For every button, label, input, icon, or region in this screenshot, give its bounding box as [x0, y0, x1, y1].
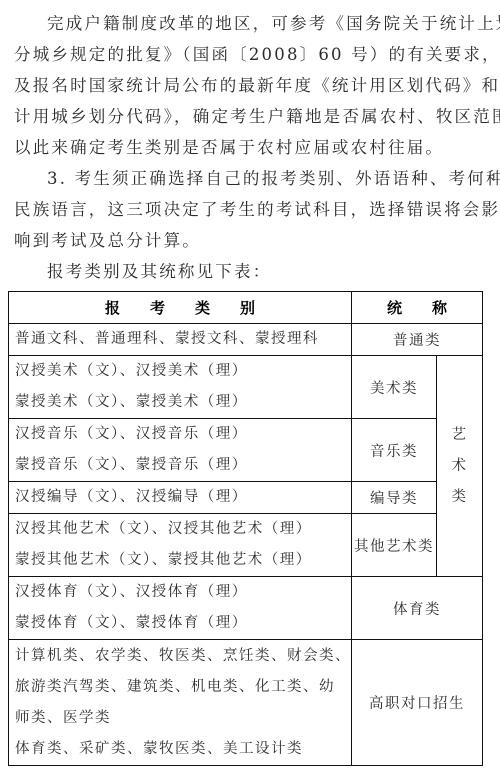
- category-cell: 汉授音乐（文）、汉授音乐（理） 蒙授音乐（文）、蒙授音乐（理）: [9, 419, 352, 482]
- paragraph-item-3: 3. 考生须正确选择自己的报考类别、外语语种、考何种 民族语言，这三项决定了考生…: [14, 163, 484, 256]
- text-line: 完成户籍制度改革的地区，可参考《国务院关于统计上划: [14, 8, 484, 39]
- category-cell: 计算机类、农学类、牧医类、烹饪类、财会类、 旅游类汽驾类、建筑类、机电类、化工类…: [9, 640, 352, 766]
- category-cell: 汉授其他艺术（文）、汉授其他艺术（理） 蒙授其他艺术（文）、蒙授其他艺术（理）: [9, 514, 352, 577]
- text-line: 民族语言，这三项决定了考生的考试科目，选择错误将会影: [14, 194, 484, 225]
- text-line: 及报名时国家统计局公布的最新年度《统计用区划代码》和《统: [14, 70, 484, 101]
- name-cell: 美术类: [352, 356, 437, 419]
- table-row: 普通文科、普通理科、蒙授文科、蒙授理科 普通类: [9, 324, 483, 356]
- table-row: 汉授音乐（文）、汉授音乐（理） 蒙授音乐（文）、蒙授音乐（理） 音乐类: [9, 419, 483, 482]
- name-cell: 高职对口招生: [352, 640, 483, 766]
- table-row: 汉授美术（文）、汉授美术（理） 蒙授美术（文）、蒙授美术（理） 美术类 艺 术 …: [9, 356, 483, 419]
- name-cell: 编导类: [352, 482, 437, 514]
- table-row: 汉授体育（文）、汉授体育（理） 蒙授体育（文）、蒙授体育（理） 体育类: [9, 577, 483, 640]
- category-cell: 汉授编导（文）、汉授编导（理）: [9, 482, 352, 514]
- art-group-cell: 艺 术 类: [437, 356, 483, 577]
- text-line: 响到考试及总分计算。: [14, 225, 484, 256]
- table-row: 计算机类、农学类、牧医类、烹饪类、财会类、 旅游类汽驾类、建筑类、机电类、化工类…: [9, 640, 483, 766]
- text-line: 报考类别及其统称见下表：: [14, 256, 484, 287]
- table-header-row: 报 考 类 别 统 称: [9, 292, 483, 324]
- paragraph-household-registration: 完成户籍制度改革的地区，可参考《国务院关于统计上划 分城乡规定的批复》（国函〔2…: [14, 8, 484, 163]
- name-cell: 体育类: [352, 577, 483, 640]
- name-cell: 其他艺术类: [352, 514, 437, 577]
- category-cell: 汉授体育（文）、汉授体育（理） 蒙授体育（文）、蒙授体育（理）: [9, 577, 352, 640]
- table-row: 汉授编导（文）、汉授编导（理） 编导类: [9, 482, 483, 514]
- name-cell: 普通类: [352, 324, 483, 356]
- text-line: 计用城乡划分代码》，确定考生户籍地是否属农村、牧区范围，: [14, 101, 484, 132]
- category-cell: 普通文科、普通理科、蒙授文科、蒙授理科: [9, 324, 352, 356]
- header-name: 统 称: [352, 292, 483, 324]
- text-line: 分城乡规定的批复》（国函〔2008〕60 号）的有关要求，以: [14, 39, 484, 70]
- text-line: 3. 考生须正确选择自己的报考类别、外语语种、考何种: [14, 163, 484, 194]
- table-row: 汉授其他艺术（文）、汉授其他艺术（理） 蒙授其他艺术（文）、蒙授其他艺术（理） …: [9, 514, 483, 577]
- text-line: 以此来确定考生类别是否属于农村应届或农村往届。: [14, 132, 484, 163]
- header-category: 报 考 类 别: [9, 292, 352, 324]
- category-table: 报 考 类 别 统 称 普通文科、普通理科、蒙授文科、蒙授理科 普通类 汉授美术…: [8, 291, 483, 766]
- paragraph-table-intro: 报考类别及其统称见下表：: [14, 256, 484, 287]
- category-cell: 汉授美术（文）、汉授美术（理） 蒙授美术（文）、蒙授美术（理）: [9, 356, 352, 419]
- name-cell: 音乐类: [352, 419, 437, 482]
